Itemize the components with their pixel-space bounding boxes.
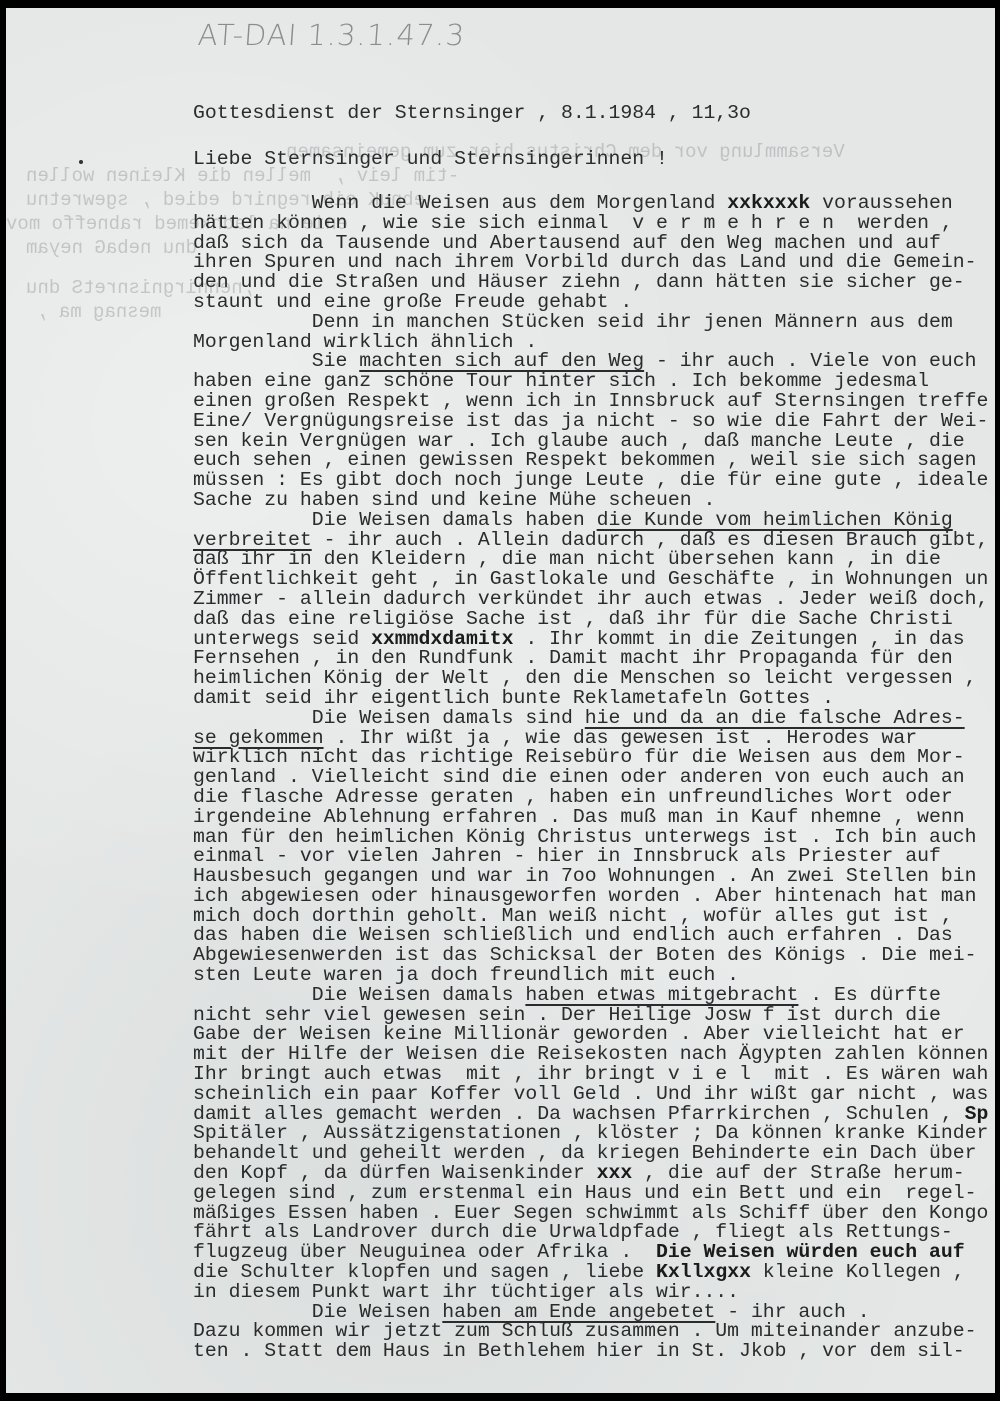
struck-out-text: xxx: [597, 1162, 633, 1184]
margin-dot: [79, 160, 83, 164]
text-segment: daß sich da Tausende und Abertausend auf…: [193, 232, 941, 254]
text-segment: fährt als Landrover durch die Urwaldpfad…: [193, 1221, 953, 1243]
text-segment: in diesem Punkt wart ihr tüchtiger als w…: [193, 1281, 739, 1303]
text-segment: heimlichen König der Welt , den die Mens…: [193, 667, 976, 689]
salutation: Liebe Sternsinger und Sternsingerinnen !: [193, 150, 668, 170]
text-segment: damit seid ihr eigentlich bunte Reklamet…: [193, 687, 834, 709]
text-segment: Sache zu haben sind und keine Mühe scheu…: [193, 489, 715, 511]
text-segment: hätten können , wie sie sich einmal v e …: [193, 212, 953, 234]
struck-out-text: Kxllxgxx: [656, 1261, 751, 1283]
text-segment: Fernsehen , in den Rundfunk . Damit mach…: [193, 647, 953, 669]
text-segment: einen großen Respekt , wenn ich in Innsb…: [193, 390, 988, 412]
underlined-phrase: machten sich auf den Weg: [359, 350, 644, 372]
text-segment: . Ihr kommt in die Zeitungen , in das: [514, 628, 965, 650]
text-segment: - ihr auch . Allein dadurch , daß es die…: [312, 529, 989, 551]
text-segment: müssen : Es gibt doch noch junge Leute ,…: [193, 469, 988, 491]
text-segment: die Schulter klopfen und sagen , liebe: [193, 1261, 656, 1283]
underlined-phrase: haben etwas mitgebracht: [525, 984, 798, 1006]
text-segment: die flasche Adresse geraten , haben ein …: [193, 786, 953, 808]
text-segment: mit der Hilfe der Weisen die Reisekosten…: [193, 1043, 988, 1065]
text-segment: ihren Spuren und nach ihrem Vorbild durc…: [193, 251, 976, 273]
text-segment: sten Leute waren ja doch freundlich mit …: [193, 964, 739, 986]
text-segment: Wenn die Weisen aus dem Morgenland: [312, 192, 727, 214]
text-segment: einmal - vor vielen Jahren - hier in Inn…: [193, 845, 941, 867]
text-segment: gelegen sind , zum erstenmal ein Haus un…: [193, 1182, 976, 1204]
underlined-phrase: haben am Ende angebetet: [442, 1301, 715, 1323]
text-segment: Die Weisen damals: [312, 984, 526, 1006]
text-segment: Morgenland wirklich ähnlich .: [193, 331, 537, 353]
text-segment: euch sehen , einen gewissen Respekt beko…: [193, 449, 976, 471]
text-segment: Die Weisen: [312, 1301, 443, 1323]
text-segment: damit alles gemacht werden . Da wachsen …: [193, 1103, 965, 1125]
text-segment: . Es dürfte: [798, 984, 940, 1006]
text-segment: unterwegs seid: [193, 628, 371, 650]
text-segment: Gabe der Weisen keine Millionär geworden…: [193, 1023, 965, 1045]
text-segment: irgendeine Ablehnung erfahren . Das muß …: [193, 806, 965, 828]
text-segment: Spitäler , Aussätzigenstationen , klöste…: [193, 1122, 988, 1144]
text-segment: Sie: [312, 350, 359, 372]
overtyped-text: Die Weisen würden euch auf: [656, 1241, 965, 1263]
document-title: Gottesdienst der Sternsinger , 8.1.1984 …: [193, 104, 751, 124]
underlined-phrase: se gekommen: [193, 727, 324, 749]
struck-out-text: Sp: [965, 1103, 989, 1125]
text-segment: genland . Vielleicht sind die einen oder…: [193, 766, 965, 788]
text-segment: Öffentlichkeit geht , in Gastlokale und …: [193, 568, 988, 590]
text-segment: daß das eine religiöse Sache ist , daß i…: [193, 608, 953, 630]
archive-signature: AT-DAI 1.3.1.47.3: [197, 18, 467, 52]
text-segment: mich doch dorthin geholt. Man weiß nicht…: [193, 905, 953, 927]
text-segment: kleine Kollegen ,: [751, 1261, 965, 1283]
text-segment: staunt und eine große Freude gehabt .: [193, 291, 632, 313]
bleed-through-text: mesnag ma ,: [36, 302, 161, 322]
text-segment: Ihr bringt auch etwas mit , ihr bringt v…: [193, 1063, 988, 1085]
text-segment: behandelt und geheilt werden , da kriege…: [193, 1142, 976, 1164]
text-segment: ten . Statt dem Haus in Bethlehem hier i…: [193, 1340, 965, 1362]
text-segment: Die Weisen damals haben: [312, 509, 597, 531]
text-segment: man für den heimlichen König Christus un…: [193, 826, 976, 848]
text-line: ten . Statt dem Haus in Bethlehem hier i…: [193, 1342, 988, 1362]
body-text: Wenn die Weisen aus dem Morgenland xxkxx…: [193, 194, 988, 1362]
text-segment: Denn in manchen Stücken seid ihr jenen M…: [312, 311, 953, 333]
text-segment: . Ihr wißt ja , wie das gewesen ist . He…: [324, 727, 918, 749]
text-segment: wirklich nicht das richtige Reisebüro fü…: [193, 746, 965, 768]
text-segment: Dazu kommen wir jetzt zum Schluß zusamme…: [193, 1320, 976, 1342]
text-segment: Zimmer - allein dadurch verkündet ihr au…: [193, 588, 988, 610]
bleed-through-text: dnu nebaG neyam: [26, 238, 197, 258]
text-segment: den und die Straßen und Häuser ziehn , d…: [193, 271, 965, 293]
text-segment: Hausbesuch gegangen und war in 7oo Wohnu…: [193, 865, 976, 887]
text-segment: sen kein Vergnügen war . Ich glaube auch…: [193, 430, 965, 452]
underlined-phrase: hie und da an die falsche Adres-: [585, 707, 965, 729]
text-segment: , die auf der Straße herum-: [632, 1162, 964, 1184]
struck-out-text: xxmmdxdamitx: [371, 628, 513, 650]
text-segment: voraussehen: [810, 192, 952, 214]
text-segment: - ihr auch .: [715, 1301, 869, 1323]
text-segment: den Kopf , da dürfen Waisenkinder: [193, 1162, 597, 1184]
text-segment: haben eine ganz schöne Tour hinter sich …: [193, 370, 929, 392]
struck-out-text: xxkxxxk: [727, 192, 810, 214]
text-segment: das haben die Weisen schließlich und end…: [193, 924, 953, 946]
text-segment: scheinlich ein paar Koffer voll Geld . U…: [193, 1083, 988, 1105]
text-segment: Eine/ Vergnügungsreise ist das ja nicht …: [193, 410, 988, 432]
underlined-phrase: verbreitet: [193, 529, 312, 551]
text-segment: Die Weisen damals sind: [312, 707, 585, 729]
text-segment: Abgewiesenwerden ist das Schicksal der B…: [193, 944, 976, 966]
underlined-phrase: die Kunde vom heimlichen König: [597, 509, 953, 531]
text-segment: ich abgewiesen oder hinausgeworfen worde…: [193, 885, 976, 907]
text-segment: nicht sehr viel gewesen sein . Der Heili…: [193, 1004, 941, 1026]
text-segment: mäßiges Essen haben . Euer Segen schwimm…: [193, 1202, 988, 1224]
text-segment: - ihr auch . Viele von euch: [644, 350, 976, 372]
text-segment: flugzeug über Neuguinea oder Afrika .: [193, 1241, 656, 1263]
